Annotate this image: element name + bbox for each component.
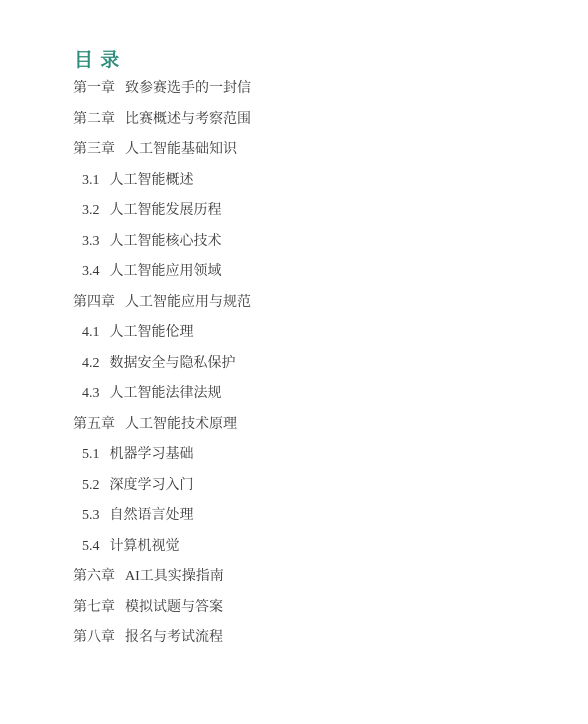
toc-entry-number: 第一章 [73, 74, 115, 105]
toc-entry-title: 致参赛选手的一封信 [125, 81, 251, 96]
toc-entry-number: 4.3 [82, 379, 100, 410]
toc-entry-4-2: 4.2数据安全与隐私保护 [73, 349, 568, 380]
toc-entry-title: 模拟试题与答案 [125, 600, 223, 615]
toc-entry-title: 人工智能伦理 [110, 325, 194, 340]
toc-entry-number: 第六章 [73, 562, 115, 593]
toc-entry-ch6: 第六章AI工具实操指南 [73, 562, 568, 593]
toc-entry-title: 人工智能发展历程 [110, 203, 222, 218]
toc-entry-ch3: 第三章人工智能基础知识 [73, 135, 568, 166]
toc-entry-3-2: 3.2人工智能发展历程 [73, 196, 568, 227]
toc-entry-title: 深度学习入门 [110, 478, 194, 493]
toc-entry-5-2: 5.2深度学习入门 [73, 471, 568, 502]
toc-entry-number: 第八章 [73, 623, 115, 654]
toc-entry-5-4: 5.4计算机视觉 [73, 532, 568, 563]
toc-entry-number: 第二章 [73, 105, 115, 136]
toc-entry-number: 3.4 [82, 257, 100, 288]
toc-entry-number: 3.3 [82, 227, 100, 258]
toc-entry-number: 第五章 [73, 410, 115, 441]
toc-entry-ch4: 第四章人工智能应用与规范 [73, 288, 568, 319]
toc-entry-number: 5.1 [82, 440, 100, 471]
toc-entry-ch1: 第一章致参赛选手的一封信 [73, 74, 568, 105]
toc-entry-3-4: 3.4人工智能应用领域 [73, 257, 568, 288]
toc-content: 目 录 第一章致参赛选手的一封信 第二章比赛概述与考察范围 第三章人工智能基础知… [73, 50, 568, 654]
toc-entry-title: 人工智能应用与规范 [125, 295, 251, 310]
toc-entry-5-1: 5.1机器学习基础 [73, 440, 568, 471]
toc: 第一章致参赛选手的一封信 第二章比赛概述与考察范围 第三章人工智能基础知识 3.… [73, 74, 568, 654]
toc-entry-number: 5.3 [82, 501, 100, 532]
toc-entry-4-3: 4.3人工智能法律法规 [73, 379, 568, 410]
toc-entry-title: 自然语言处理 [110, 508, 194, 523]
toc-entry-title: 报名与考试流程 [125, 630, 223, 645]
toc-entry-number: 5.4 [82, 532, 100, 563]
toc-entry-5-3: 5.3自然语言处理 [73, 501, 568, 532]
toc-entry-title: 人工智能法律法规 [110, 386, 222, 401]
toc-entry-number: 第四章 [73, 288, 115, 319]
toc-entry-3-3: 3.3人工智能核心技术 [73, 227, 568, 258]
toc-entry-3-1: 3.1人工智能概述 [73, 166, 568, 197]
toc-entry-number: 第三章 [73, 135, 115, 166]
toc-entry-number: 5.2 [82, 471, 100, 502]
document-page: 目 录 第一章致参赛选手的一封信 第二章比赛概述与考察范围 第三章人工智能基础知… [0, 0, 588, 724]
toc-entry-number: 3.2 [82, 196, 100, 227]
toc-entry-ch8: 第八章报名与考试流程 [73, 623, 568, 654]
toc-entry-title: 人工智能应用领域 [110, 264, 222, 279]
toc-entry-title: 比赛概述与考察范围 [125, 112, 251, 127]
toc-entry-ch2: 第二章比赛概述与考察范围 [73, 105, 568, 136]
toc-entry-number: 3.1 [82, 166, 100, 197]
toc-entry-ch7: 第七章模拟试题与答案 [73, 593, 568, 624]
page-title: 目 录 [74, 50, 568, 72]
toc-entry-number: 第七章 [73, 593, 115, 624]
toc-entry-title: 机器学习基础 [110, 447, 194, 462]
toc-entry-title: 计算机视觉 [110, 539, 180, 554]
toc-entry-ch5: 第五章人工智能技术原理 [73, 410, 568, 441]
toc-entry-4-1: 4.1人工智能伦理 [73, 318, 568, 349]
toc-entry-title: 人工智能技术原理 [125, 417, 237, 432]
toc-entry-number: 4.1 [82, 318, 100, 349]
toc-entry-title: 人工智能核心技术 [110, 234, 222, 249]
toc-entry-title: 人工智能基础知识 [125, 142, 237, 157]
toc-entry-title: 数据安全与隐私保护 [110, 356, 236, 371]
toc-entry-title: AI工具实操指南 [125, 569, 224, 584]
toc-entry-number: 4.2 [82, 349, 100, 380]
toc-entry-title: 人工智能概述 [110, 173, 194, 188]
